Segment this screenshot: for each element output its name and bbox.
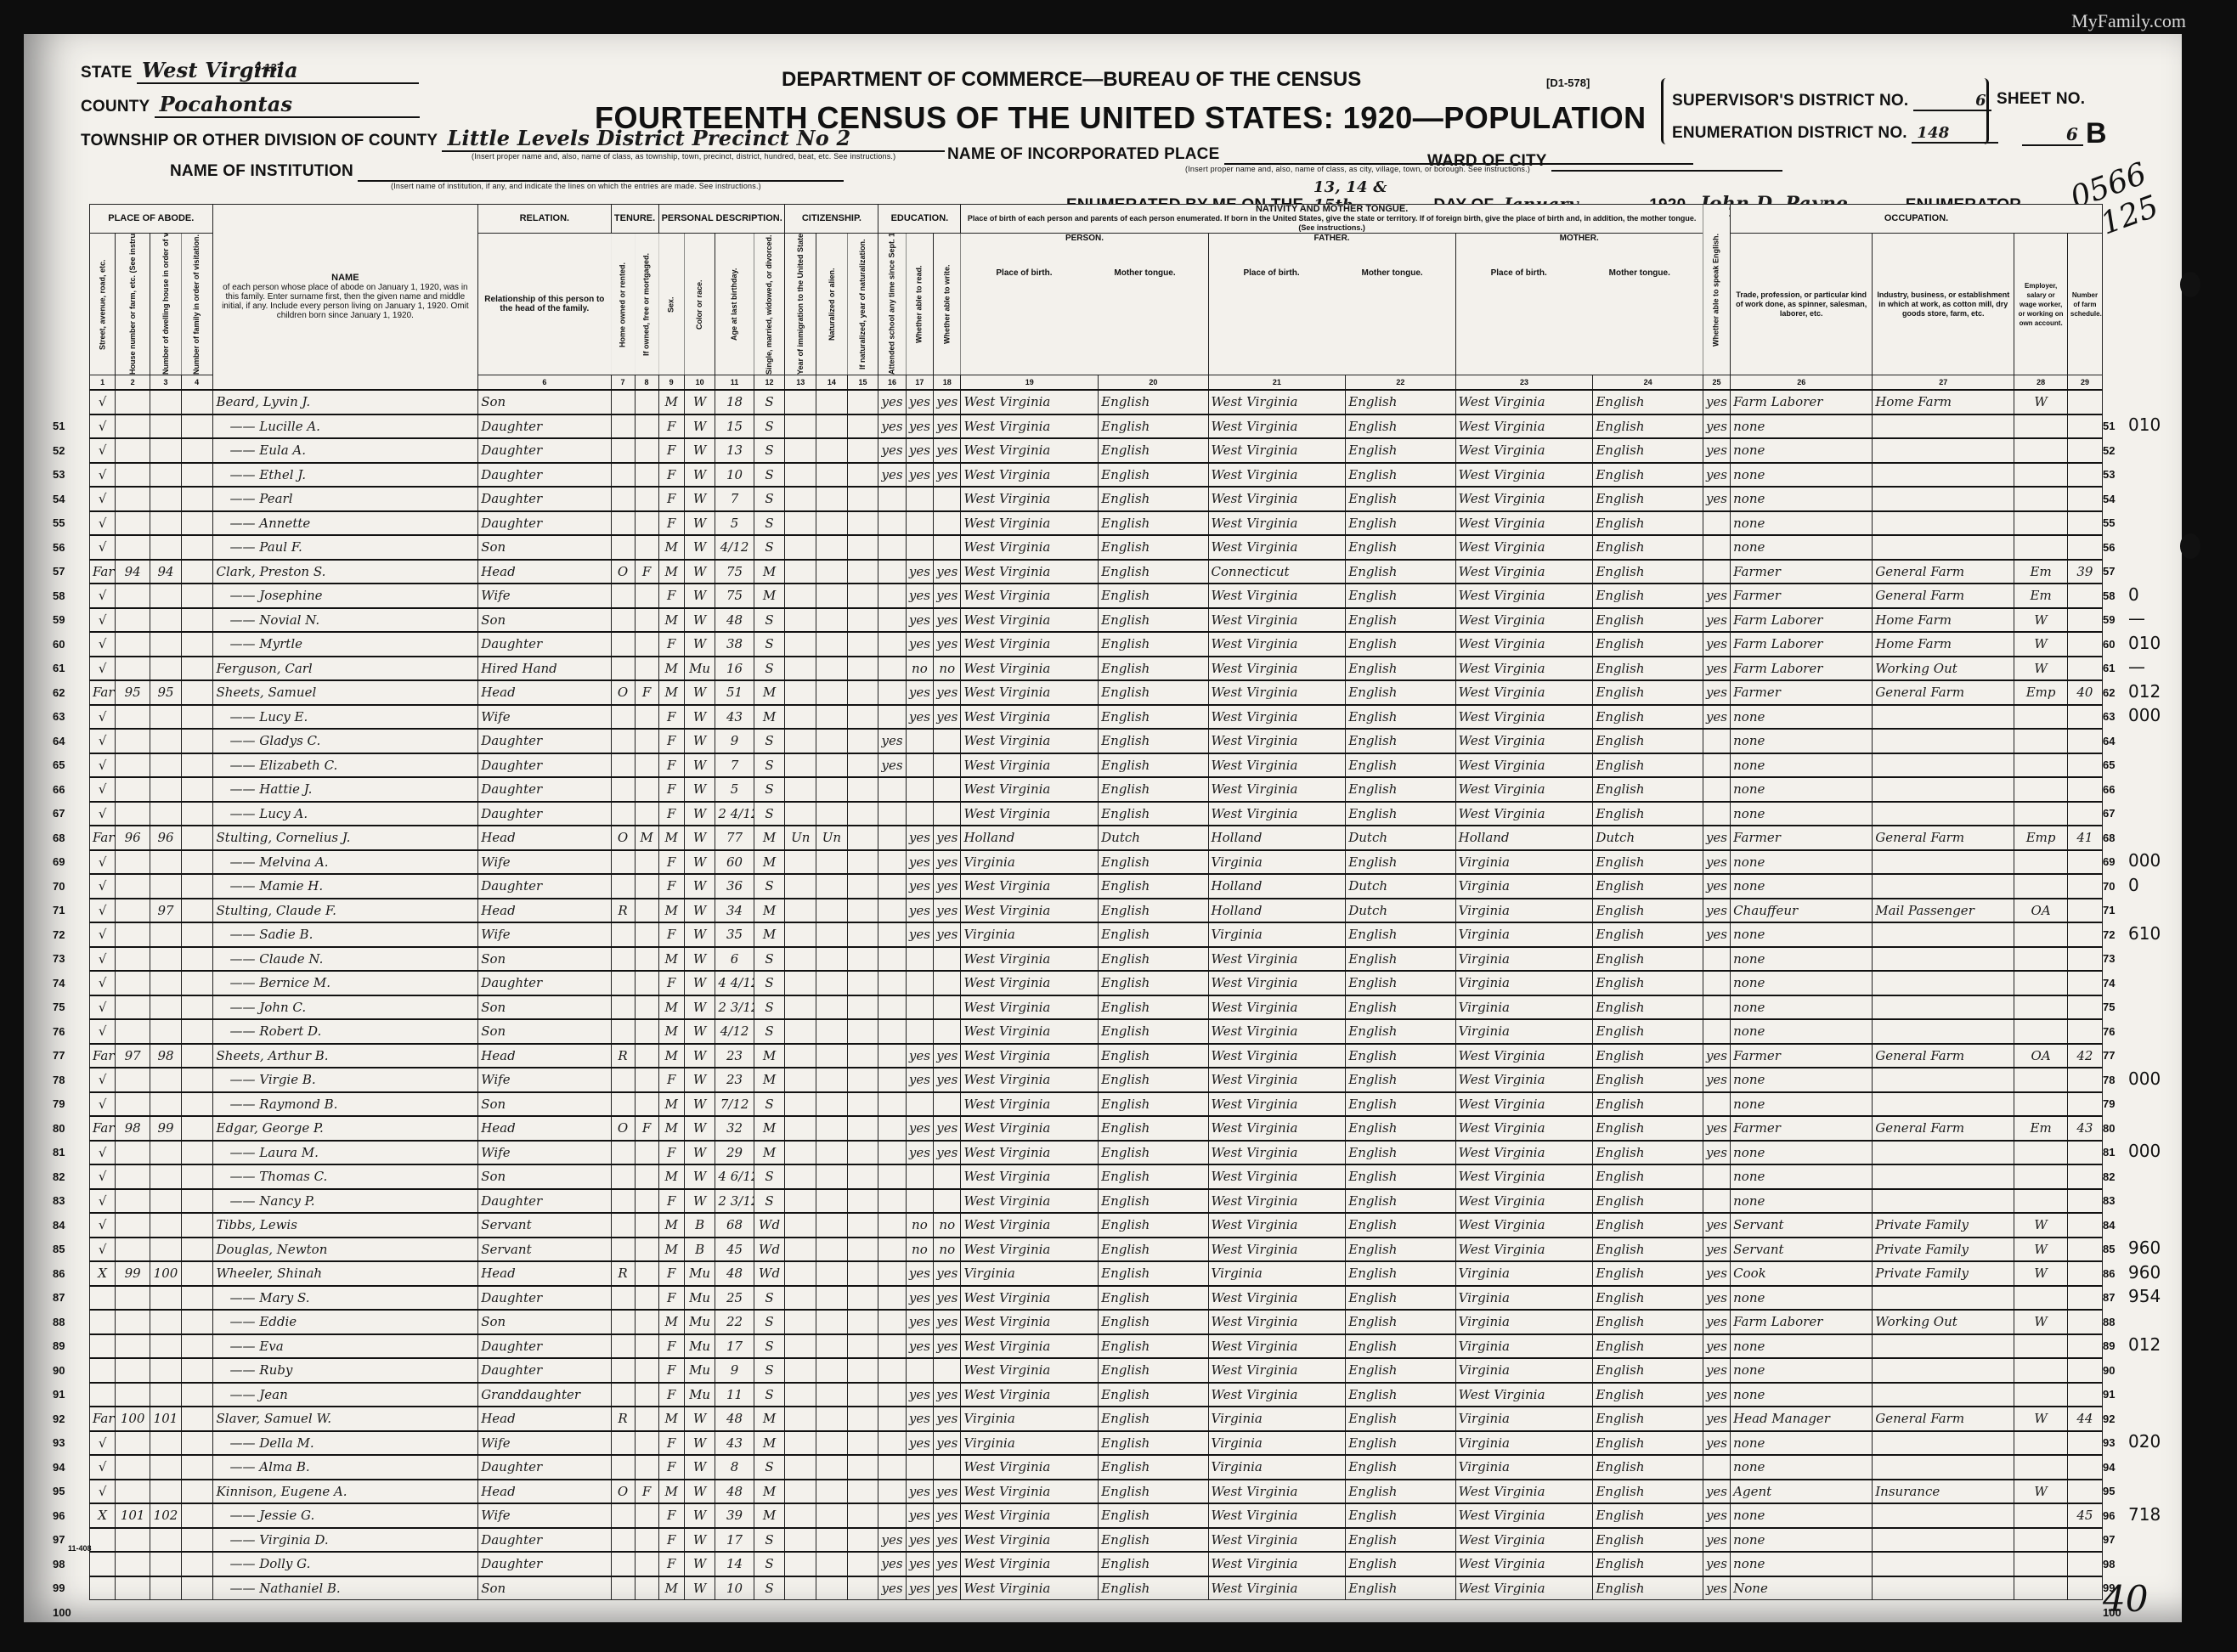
line-number-right: 65 <box>2103 758 2115 771</box>
cell-read: yes <box>906 632 933 657</box>
cell-mort <box>635 1238 658 1262</box>
cell-eng: yes <box>1703 390 1730 414</box>
cell-m-pob: Virginia <box>1455 1407 1593 1431</box>
line-number-left: 70 <box>53 880 65 893</box>
cell-f-pob: West Virginia <box>1208 463 1346 488</box>
cell-nat <box>816 1528 848 1553</box>
cell-relation: Head <box>478 1480 611 1504</box>
cell-school <box>878 1261 906 1286</box>
cell-f-pob: West Virginia <box>1208 390 1346 414</box>
cell-emp <box>2014 1019 2068 1044</box>
cell-house <box>116 971 150 995</box>
cell-natyr <box>847 1141 878 1165</box>
cell-f-tongue: English <box>1346 1552 1455 1576</box>
cell-trade: none <box>1731 802 1873 826</box>
cell-sex: M <box>658 826 684 850</box>
cell-industry <box>1873 874 2014 899</box>
cell-mort <box>635 1552 658 1576</box>
cell-dwelling <box>150 632 182 657</box>
cell-own <box>611 1019 635 1044</box>
cell-school: yes <box>878 390 906 414</box>
cell-mort <box>635 414 658 439</box>
cell-trade: Servant <box>1731 1213 1873 1238</box>
cell-f-pob: Holland <box>1208 874 1346 899</box>
cell-trade: none <box>1731 1552 1873 1576</box>
cell-mort <box>635 1528 658 1553</box>
cell-street: √ <box>90 753 116 778</box>
cell-natyr <box>847 657 878 681</box>
cell-relation: Head <box>478 899 611 923</box>
cell-imm <box>785 1576 816 1600</box>
cell-street: √ <box>90 899 116 923</box>
cell-tongue: English <box>1099 414 1208 439</box>
cell-relation: Head <box>478 1261 611 1286</box>
cell-m-pob: West Virginia <box>1455 1238 1593 1262</box>
cell-dwelling <box>150 947 182 972</box>
cell-nat <box>816 1044 848 1068</box>
column-number-26: 26 <box>1731 375 1873 391</box>
cell-natyr <box>847 1164 878 1189</box>
cell-farm <box>2067 1310 2102 1334</box>
cell-imm <box>785 777 816 802</box>
cell-imm <box>785 1358 816 1383</box>
census-row: √—— Virgie B.WifeFW23MyesyesWest Virgini… <box>90 1068 2103 1092</box>
cell-natyr <box>847 753 878 778</box>
col-header-19: Place of birth. <box>963 268 1084 278</box>
cell-marital: S <box>754 535 785 560</box>
cell-f-tongue: English <box>1346 729 1455 753</box>
cell-age: 7/12 <box>715 1092 754 1117</box>
census-row: —— Mary S.DaughterFMu25SyesyesWest Virgi… <box>90 1286 2103 1311</box>
cell-farm <box>2067 1068 2102 1092</box>
cell-school <box>878 1455 906 1480</box>
cell-race: W <box>684 1455 715 1480</box>
line-number-left: 71 <box>53 904 65 916</box>
cell-imm <box>785 390 816 414</box>
cell-write: yes <box>934 1528 961 1553</box>
cell-farm <box>2067 390 2102 414</box>
cell-f-pob: Connecticut <box>1208 560 1346 584</box>
cell-imm <box>785 463 816 488</box>
cell-nat <box>816 1189 848 1214</box>
cell-m-pob: Virginia <box>1455 971 1593 995</box>
cell-f-pob: West Virginia <box>1208 1334 1346 1359</box>
cell-m-pob: West Virginia <box>1455 1576 1593 1600</box>
cell-school <box>878 705 906 730</box>
cell-m-tongue: English <box>1593 922 1703 947</box>
cell-farm <box>2067 729 2102 753</box>
cell-emp <box>2014 1286 2068 1311</box>
cell-name: —— Bernice M. <box>212 971 478 995</box>
cell-tongue: English <box>1099 874 1208 899</box>
cell-relation: Daughter <box>478 729 611 753</box>
cell-industry: Private Family <box>1873 1213 2014 1238</box>
cell-f-tongue: English <box>1346 632 1455 657</box>
group-person: PERSON. Place of birth.Mother tongue. <box>961 234 1208 375</box>
cell-emp <box>2014 1455 2068 1480</box>
cell-name: —— Thomas C. <box>212 1164 478 1189</box>
cell-name: —— Melvina A. <box>212 850 478 875</box>
cell-m-pob: Virginia <box>1455 1455 1593 1480</box>
cell-write: yes <box>934 680 961 705</box>
cell-house <box>116 511 150 536</box>
cell-eng <box>1703 1189 1730 1214</box>
group-nativity: NATIVITY AND MOTHER TONGUE. Place of bir… <box>961 205 1703 234</box>
cell-natyr <box>847 1480 878 1504</box>
line-number-right: 95 <box>2103 1485 2115 1497</box>
cell-sex: F <box>658 1358 684 1383</box>
cell-emp: W <box>2014 1480 2068 1504</box>
institution-label: NAME OF INSTITUTION <box>170 162 353 180</box>
cell-industry <box>1873 1334 2014 1359</box>
cell-tongue: English <box>1099 1383 1208 1407</box>
group-occupation: OCCUPATION. <box>1731 205 2103 234</box>
column-number-27: 27 <box>1873 375 2014 391</box>
cell-f-tongue: English <box>1346 1503 1455 1528</box>
census-row: √—— Lucy A.DaughterFW2 4/12SWest Virgini… <box>90 802 2103 826</box>
column-number-24: 24 <box>1593 375 1703 391</box>
cell-sex: M <box>658 560 684 584</box>
cell-write: no <box>934 1213 961 1238</box>
cell-sex: F <box>658 922 684 947</box>
cell-industry <box>1873 729 2014 753</box>
cell-age: 43 <box>715 1431 754 1456</box>
cell-f-tongue: English <box>1346 1431 1455 1456</box>
line-number-right: 90 <box>2103 1364 2115 1377</box>
cell-name: —— Paul F. <box>212 535 478 560</box>
cell-imm <box>785 1213 816 1238</box>
cell-sex: M <box>658 1092 684 1117</box>
cell-read <box>906 535 933 560</box>
cell-dwelling <box>150 1141 182 1165</box>
cell-read: yes <box>906 1261 933 1286</box>
cell-pob: West Virginia <box>961 1286 1099 1311</box>
cell-write: yes <box>934 1068 961 1092</box>
cell-f-pob: Virginia <box>1208 1431 1346 1456</box>
census-row: —— Nathaniel B.SonMW10SyesyesyesWest Vir… <box>90 1576 2103 1600</box>
cell-name: —— Nathaniel B. <box>212 1576 478 1600</box>
line-number-left: 57 <box>53 565 65 578</box>
cell-eng: yes <box>1703 1141 1730 1165</box>
cell-relation: Wife <box>478 1141 611 1165</box>
cell-marital: S <box>754 608 785 633</box>
line-number-left: 83 <box>53 1194 65 1207</box>
cell-sex: M <box>658 899 684 923</box>
cell-name: Sheets, Samuel <box>212 680 478 705</box>
cell-family <box>181 1358 212 1383</box>
column-number-14: 14 <box>816 375 848 391</box>
cell-dwelling <box>150 1576 182 1600</box>
cell-tongue: English <box>1099 1503 1208 1528</box>
cell-trade: Head Manager <box>1731 1407 1873 1431</box>
cell-read <box>906 487 933 511</box>
cell-street <box>90 1286 116 1311</box>
census-row: Farm9595Sheets, SamuelHeadOFMW51MyesyesW… <box>90 680 2103 705</box>
cell-tongue: English <box>1099 1431 1208 1456</box>
cell-marital: M <box>754 1044 785 1068</box>
cell-relation: Daughter <box>478 438 611 463</box>
cell-marital: S <box>754 1019 785 1044</box>
cell-mort <box>635 438 658 463</box>
cell-nat <box>816 487 848 511</box>
cell-m-pob: Virginia <box>1455 1286 1593 1311</box>
cell-race: W <box>684 1019 715 1044</box>
cell-eng: yes <box>1703 463 1730 488</box>
cell-mort <box>635 1213 658 1238</box>
cell-street: √ <box>90 632 116 657</box>
cell-age: 7 <box>715 753 754 778</box>
census-row: √—— Ethel J.DaughterFW10SyesyesyesWest V… <box>90 463 2103 488</box>
cell-name: —— John C. <box>212 995 478 1020</box>
census-row: √—— Nancy P.DaughterFW2 3/12SWest Virgin… <box>90 1189 2103 1214</box>
column-number-9: 9 <box>658 375 684 391</box>
cell-m-pob: West Virginia <box>1455 1092 1593 1117</box>
cell-street <box>90 1528 116 1553</box>
cell-eng <box>1703 1164 1730 1189</box>
cell-relation: Daughter <box>478 874 611 899</box>
cell-f-tongue: Dutch <box>1346 874 1455 899</box>
cell-pob: West Virginia <box>961 1092 1099 1117</box>
cell-mort: F <box>635 680 658 705</box>
cell-imm <box>785 802 816 826</box>
cell-age: 4/12 <box>715 535 754 560</box>
cell-own <box>611 1358 635 1383</box>
cell-mort <box>635 632 658 657</box>
cell-natyr <box>847 729 878 753</box>
cell-sex: M <box>658 947 684 972</box>
cell-eng <box>1703 802 1730 826</box>
cell-race: W <box>684 850 715 875</box>
line-number-left: 51 <box>53 420 65 432</box>
cell-emp <box>2014 802 2068 826</box>
cell-sex: F <box>658 1528 684 1553</box>
cell-m-pob: West Virginia <box>1455 535 1593 560</box>
cell-m-pob: West Virginia <box>1455 632 1593 657</box>
cell-imm <box>785 753 816 778</box>
line-number-left: 94 <box>53 1461 65 1474</box>
cell-dwelling <box>150 414 182 439</box>
group-education: EDUCATION. <box>878 205 961 234</box>
cell-age: 25 <box>715 1286 754 1311</box>
cell-emp <box>2014 1164 2068 1189</box>
cell-f-tongue: English <box>1346 390 1455 414</box>
cell-farm <box>2067 705 2102 730</box>
cell-write: yes <box>934 1261 961 1286</box>
cell-imm <box>785 1092 816 1117</box>
cell-race: W <box>684 874 715 899</box>
cell-marital: M <box>754 1407 785 1431</box>
census-row: —— EddieSonMMu22SyesyesWest VirginiaEngl… <box>90 1310 2103 1334</box>
cell-tongue: English <box>1099 487 1208 511</box>
cell-imm <box>785 487 816 511</box>
cell-own: O <box>611 1480 635 1504</box>
cell-f-tongue: English <box>1346 584 1455 608</box>
cell-nat <box>816 1213 848 1238</box>
cell-school <box>878 535 906 560</box>
cell-mort <box>635 705 658 730</box>
cell-house <box>116 874 150 899</box>
cell-trade: none <box>1731 535 1873 560</box>
state-field: STATE West Virginia <box>81 58 419 84</box>
cell-name: —— Gladys C. <box>212 729 478 753</box>
cell-industry <box>1873 487 2014 511</box>
cell-f-tongue: English <box>1346 608 1455 633</box>
cell-f-tongue: English <box>1346 705 1455 730</box>
cell-natyr <box>847 850 878 875</box>
cell-natyr <box>847 1528 878 1553</box>
cell-f-pob: West Virginia <box>1208 1189 1346 1214</box>
cell-street: √ <box>90 874 116 899</box>
cell-own <box>611 705 635 730</box>
cell-age: 22 <box>715 1310 754 1334</box>
cell-m-tongue: English <box>1593 1141 1703 1165</box>
cell-imm <box>785 971 816 995</box>
cell-read: yes <box>906 1480 933 1504</box>
cell-own <box>611 438 635 463</box>
cell-f-tongue: English <box>1346 1068 1455 1092</box>
cell-f-pob: West Virginia <box>1208 1480 1346 1504</box>
cell-age: 77 <box>715 826 754 850</box>
line-number-right: 85 <box>2103 1243 2115 1255</box>
cell-industry <box>1873 753 2014 778</box>
cell-f-pob: West Virginia <box>1208 511 1346 536</box>
cell-eng <box>1703 995 1730 1020</box>
cell-f-pob: West Virginia <box>1208 1044 1346 1068</box>
cell-pob: West Virginia <box>961 1383 1099 1407</box>
cell-street: √ <box>90 802 116 826</box>
cell-trade: Servant <box>1731 1238 1873 1262</box>
cell-name: —— Virgie B. <box>212 1068 478 1092</box>
cell-relation: Daughter <box>478 1189 611 1214</box>
cell-marital: S <box>754 487 785 511</box>
cell-school <box>878 1213 906 1238</box>
cell-industry <box>1873 535 2014 560</box>
cell-industry <box>1873 1068 2014 1092</box>
col-header-7: Home owned or rented. <box>611 234 635 375</box>
cell-sex: M <box>658 1044 684 1068</box>
cell-imm <box>785 511 816 536</box>
cell-industry <box>1873 971 2014 995</box>
cell-street: Farm <box>90 1407 116 1431</box>
cell-marital: S <box>754 802 785 826</box>
cell-m-pob: Virginia <box>1455 947 1593 972</box>
cell-dwelling: 95 <box>150 680 182 705</box>
cell-age: 36 <box>715 874 754 899</box>
institution-field: NAME OF INSTITUTION (Insert name of inst… <box>170 161 844 190</box>
cell-dwelling <box>150 584 182 608</box>
cell-read: yes <box>906 1431 933 1456</box>
supervisor-label: SUPERVISOR'S DISTRICT NO. <box>1672 92 1908 110</box>
cell-race: W <box>684 995 715 1020</box>
cell-tongue: English <box>1099 729 1208 753</box>
cell-nat <box>816 1455 848 1480</box>
cell-f-pob: West Virginia <box>1208 657 1346 681</box>
cell-family <box>181 802 212 826</box>
cell-read: yes <box>906 1576 933 1600</box>
census-row: Farm9696Stulting, Cornelius J.HeadOMMW77… <box>90 826 2103 850</box>
cell-mort <box>635 463 658 488</box>
cell-eng: yes <box>1703 705 1730 730</box>
cell-imm <box>785 1552 816 1576</box>
cell-nat <box>816 414 848 439</box>
occupation-code-annotation: 020 <box>2128 1431 2161 1452</box>
cell-write: yes <box>934 560 961 584</box>
cell-industry <box>1873 1431 2014 1456</box>
cell-mort: F <box>635 560 658 584</box>
cell-marital: S <box>754 632 785 657</box>
cell-eng: yes <box>1703 1383 1730 1407</box>
cell-m-tongue: English <box>1593 729 1703 753</box>
line-number-left: 55 <box>53 516 65 529</box>
cell-age: 13 <box>715 438 754 463</box>
cell-farm <box>2067 1334 2102 1359</box>
cell-write <box>934 535 961 560</box>
cell-m-tongue: English <box>1593 1480 1703 1504</box>
cell-house <box>116 753 150 778</box>
cell-street: √ <box>90 729 116 753</box>
cell-imm <box>785 705 816 730</box>
cell-tongue: English <box>1099 1407 1208 1431</box>
cell-family <box>181 1116 212 1141</box>
cell-own <box>611 1141 635 1165</box>
col-header-24: Mother tongue. <box>1579 268 1700 278</box>
cell-m-tongue: English <box>1593 1213 1703 1238</box>
cell-street: √ <box>90 1431 116 1456</box>
census-row: √—— Claude N.SonMW6SWest VirginiaEnglish… <box>90 947 2103 972</box>
cell-trade: Farmer <box>1731 1044 1873 1068</box>
cell-family <box>181 632 212 657</box>
cell-marital: M <box>754 1431 785 1456</box>
cell-farm: 39 <box>2067 560 2102 584</box>
cell-read: yes <box>906 438 933 463</box>
cell-f-pob: West Virginia <box>1208 584 1346 608</box>
cell-natyr <box>847 826 878 850</box>
mother-title: MOTHER. <box>1459 234 1700 243</box>
cell-name: —— Robert D. <box>212 1019 478 1044</box>
cell-m-tongue: English <box>1593 511 1703 536</box>
cell-age: 10 <box>715 463 754 488</box>
cell-nat <box>816 1552 848 1576</box>
cell-imm <box>785 1503 816 1528</box>
cell-own <box>611 995 635 1020</box>
sheet-number-label: SHEET NO. <box>1997 90 2085 109</box>
cell-name: —— Eula A. <box>212 438 478 463</box>
group-father: FATHER. Place of birth.Mother tongue. <box>1208 234 1455 375</box>
cell-name: Sheets, Arthur B. <box>212 1044 478 1068</box>
cell-nat <box>816 705 848 730</box>
line-number-right: 87 <box>2103 1291 2115 1304</box>
column-number-23: 23 <box>1455 375 1593 391</box>
cell-family <box>181 826 212 850</box>
cell-school: yes <box>878 1576 906 1600</box>
cell-industry <box>1873 1552 2014 1576</box>
cell-natyr <box>847 1189 878 1214</box>
cell-sex: F <box>658 1141 684 1165</box>
cell-street: √ <box>90 511 116 536</box>
cell-house <box>116 657 150 681</box>
cell-write <box>934 947 961 972</box>
cell-industry <box>1873 1455 2014 1480</box>
cell-emp <box>2014 729 2068 753</box>
cell-dwelling <box>150 1431 182 1456</box>
cell-dwelling <box>150 1358 182 1383</box>
cell-farm <box>2067 1552 2102 1576</box>
cell-relation: Wife <box>478 850 611 875</box>
cell-imm <box>785 1286 816 1311</box>
cell-imm <box>785 1334 816 1359</box>
line-number-left: 84 <box>53 1219 65 1232</box>
cell-emp <box>2014 705 2068 730</box>
